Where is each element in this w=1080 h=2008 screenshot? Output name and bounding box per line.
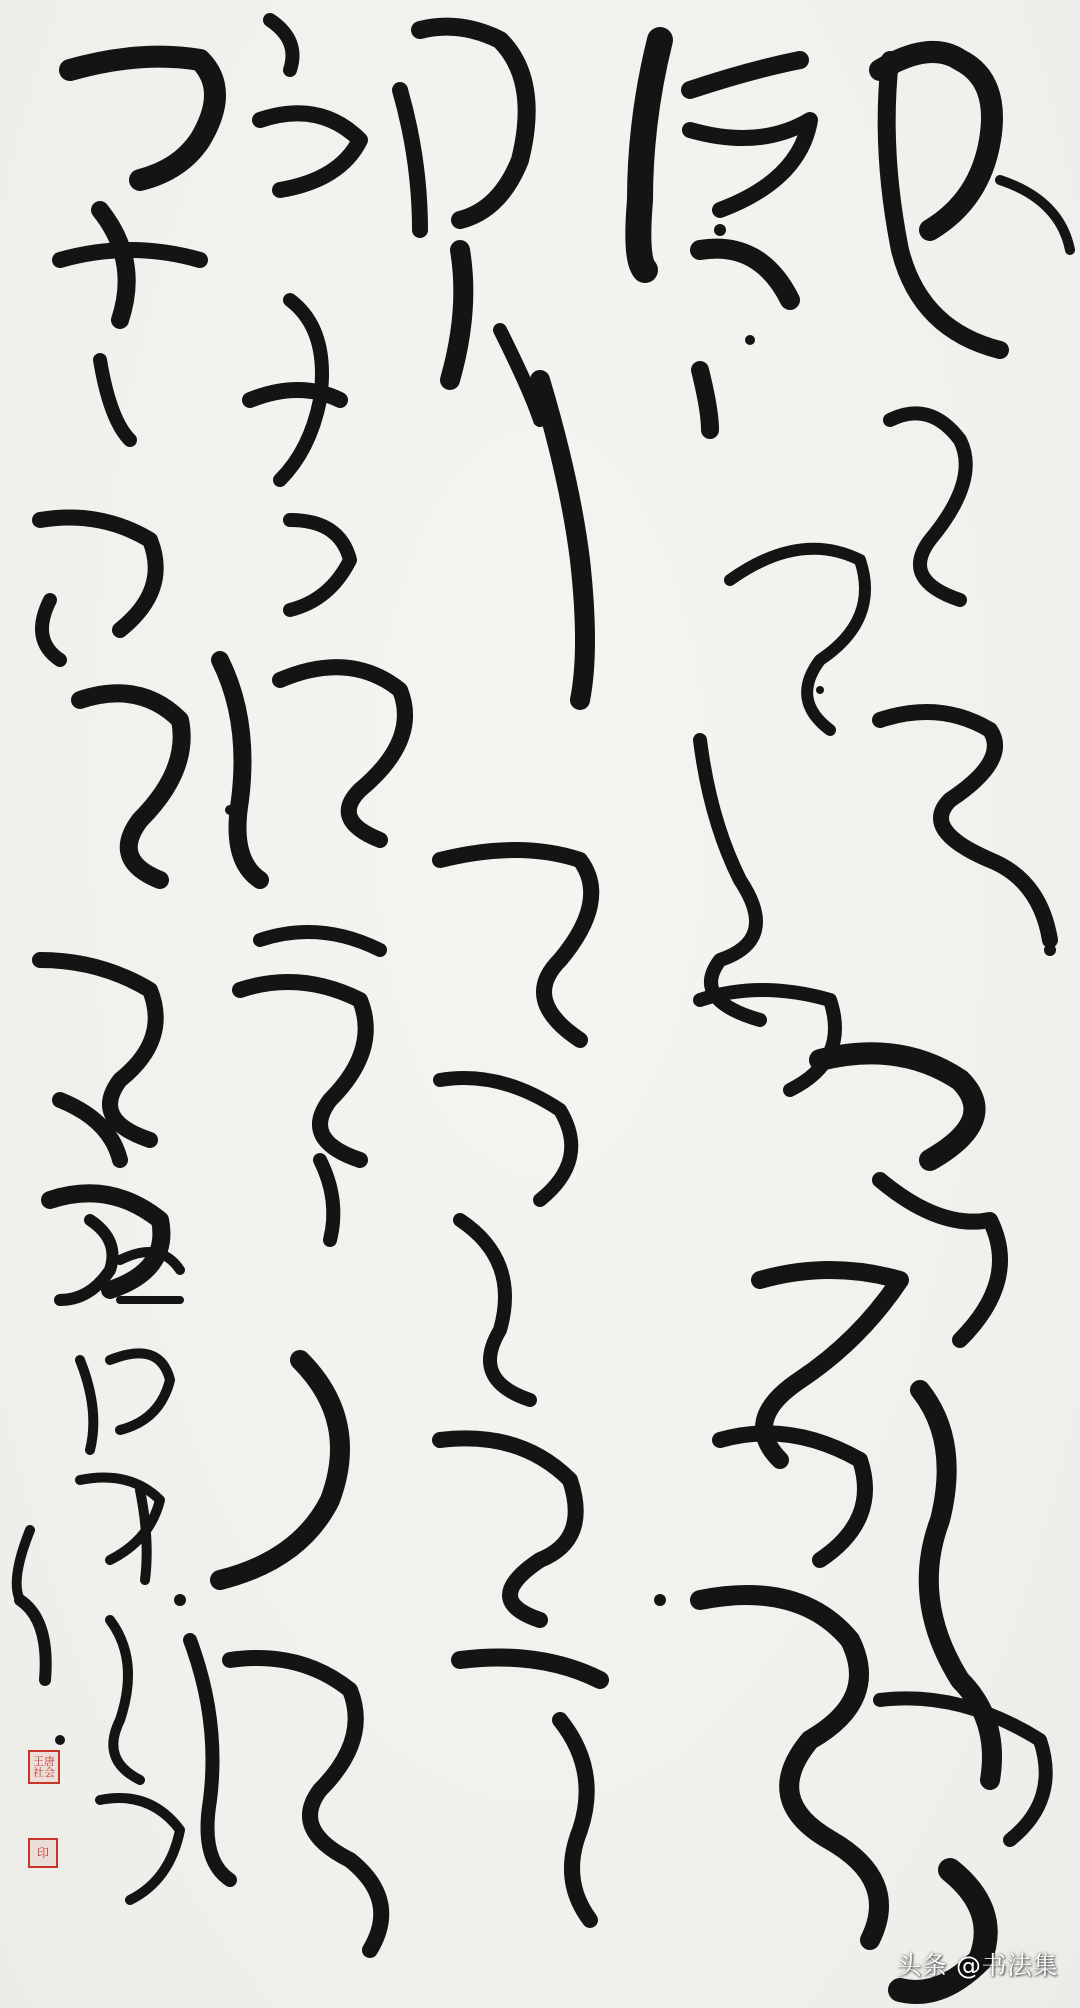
inscription-strokes [17, 1220, 180, 1900]
watermark-text: 头条 @书法集 [897, 1946, 1058, 1982]
column-5-strokes [40, 57, 215, 1290]
column-2-strokes [638, 40, 900, 1940]
column-3-strokes [400, 27, 600, 1920]
calligraphy-ink-strokes [0, 0, 1080, 2008]
red-seal-stamp: 王唐社会 [28, 1750, 60, 1784]
calligraphy-scroll: 王唐社会 印 头条 @书法集 [0, 0, 1080, 2008]
red-seal-stamp-small: 印 [28, 1838, 58, 1868]
column-4-strokes [190, 20, 405, 1950]
